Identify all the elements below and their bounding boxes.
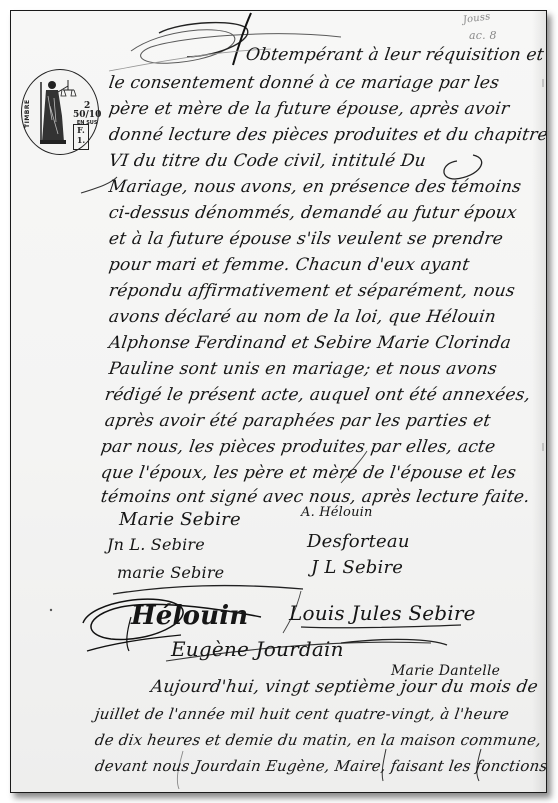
signature-marie-sebire: Marie Sebire (119, 509, 241, 530)
body-line-13: Pauline sont unis en mariage; et nous av… (108, 359, 499, 379)
next-entry-line-1: Aujourd'hui, vingt septième jour du mois… (150, 677, 540, 697)
body-line-16: par nous, les pièces produites par elles… (100, 437, 497, 457)
stamp-label: TIMBRE (24, 99, 31, 128)
next-entry-line-2: juillet de l'année mil huit cent quatre-… (94, 705, 511, 723)
body-line-15: après avoir été paraphées par les partie… (104, 411, 492, 431)
body-line-17: que l'époux, les père et mère de l'épous… (100, 463, 518, 483)
justice-figure-icon (38, 76, 78, 146)
body-line-14: rédigé le présent acte, auquel ont été a… (104, 385, 532, 405)
body-line-2: le consentement donné à ce mariage par l… (108, 73, 501, 93)
body-line-4: donné lecture des pièces produites et du… (108, 125, 547, 145)
body-line-7: ci-dessus dénommés, demandé au futur épo… (108, 203, 519, 223)
document-page: Jouss ac. 8 TIMBRE 2 50/10 EN SUS F. 1. … (10, 10, 547, 793)
signature-j-l-sebire: J L Sebire (311, 557, 403, 578)
body-line-8: et à la future épouse s'ils veulent se p… (108, 229, 505, 249)
next-entry-line-3: de dix heures et demie du matin, en la m… (94, 731, 543, 749)
body-line-10: répondu affirmativement et séparément, n… (108, 281, 517, 301)
body-line-12: Alphonse Ferdinand et Sebire Marie Clori… (108, 333, 513, 353)
signature-a-helouin: A. Hélouin (301, 505, 373, 520)
signature-marie-sebire-2: marie Sebire (117, 563, 224, 582)
corner-annotation-line1: Jouss (462, 11, 491, 26)
body-line-6: Mariage, nous avons, en présence des tém… (108, 177, 523, 197)
stamp-value: 2 50/10 EN SUS (73, 102, 101, 126)
signature-jn-l-sebire: Jn L. Sebire (107, 535, 205, 554)
signature-helouin: Hélouin (131, 601, 248, 631)
stamp-value-number: 2 50/10 (73, 101, 101, 120)
body-line-11: avons déclaré au nom de la loi, que Hélo… (108, 307, 498, 327)
body-line-1: Obtempérant à leur réquisition et sur (245, 45, 547, 65)
revenue-stamp: TIMBRE 2 50/10 EN SUS F. 1. (21, 69, 99, 155)
signature-desforteau: Desforteau (307, 531, 410, 552)
signature-louis-jules-sebire: Louis Jules Sebire (289, 601, 476, 625)
body-line-9: pour mari et femme. Chacun d'eux ayant (108, 255, 471, 275)
signature-eugene-jourdain: Eugène Jourdain (171, 637, 344, 661)
body-line-18: témoins ont signé avec nous, après lectu… (100, 487, 532, 507)
corner-annotation-line2: ac. 8 (469, 29, 497, 42)
body-line-3: père et mère de la future épouse, après … (108, 99, 511, 119)
body-line-5: VI du titre du Code civil, intitulé Du (108, 151, 428, 171)
next-entry-line-4: devant nous Jourdain Eugène, Maire, fais… (94, 757, 547, 775)
stamp-price: F. 1. (73, 124, 89, 150)
